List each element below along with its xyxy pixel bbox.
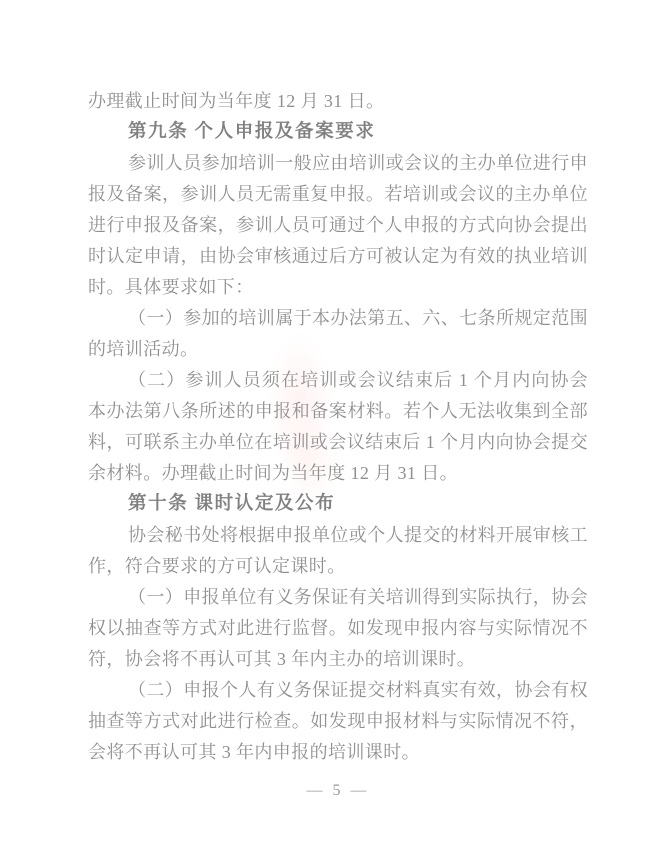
document-line: 办理截止时间为当年度 12 月 31 日。 <box>88 86 588 117</box>
document-line: 的培训活动。 <box>88 334 588 365</box>
document-line: （一）参加的培训属于本办法第五、六、七条所规定范围内 <box>88 303 588 334</box>
article-10-heading: 第十条 课时认定及公布 <box>88 489 588 520</box>
document-line: 协会秘书处将根据申报单位或个人提交的材料开展审核工 <box>88 520 588 551</box>
document-line: 余材料。办理截止时间为当年度 12 月 31 日。 <box>88 458 588 489</box>
document-line: 料，可联系主办单位在培训或会议结束后 1 个月内向协会提交其 <box>88 427 588 458</box>
document-line: 报及备案，参训人员无需重复申报。若培训或会议的主办单位未 <box>88 179 588 210</box>
document-line: 本办法第八条所述的申报和备案材料。若个人无法收集到全部材 <box>88 396 588 427</box>
document-text-block: 办理截止时间为当年度 12 月 31 日。 第九条 个人申报及备案要求 参训人员… <box>88 86 588 768</box>
document-line: （二）申报个人有义务保证提交材料真实有效，协会有权以 <box>88 675 588 706</box>
document-line: 参训人员参加培训一般应由培训或会议的主办单位进行申 <box>88 148 588 179</box>
article-9-heading: 第九条 个人申报及备案要求 <box>88 117 588 148</box>
page-number: — 5 — <box>88 782 588 800</box>
document-line: （一）申报单位有义务保证有关培训得到实际执行，协会有 <box>88 582 588 613</box>
document-line: 抽查等方式对此进行检查。如发现申报材料与实际情况不符，协 <box>88 706 588 737</box>
document-line: 符，协会将不再认可其 3 年内主办的培训课时。 <box>88 644 588 675</box>
document-line: 作，符合要求的方可认定课时。 <box>88 551 588 582</box>
document-line: 时。具体要求如下： <box>88 272 588 303</box>
document-page: 办理截止时间为当年度 12 月 31 日。 第九条 个人申报及备案要求 参训人员… <box>0 0 666 858</box>
document-line: （二）参训人员须在培训或会议结束后 1 个月内向协会提交 <box>88 365 588 396</box>
document-line: 权以抽查等方式对此进行监督。如发现申报内容与实际情况不 <box>88 613 588 644</box>
document-line: 会将不再认可其 3 年内申报的培训课时。 <box>88 737 588 768</box>
document-line: 进行申报及备案，参训人员可通过个人申报的方式向协会提出课 <box>88 210 588 241</box>
document-line: 时认定申请，由协会审核通过后方可被认定为有效的执业培训课 <box>88 241 588 272</box>
